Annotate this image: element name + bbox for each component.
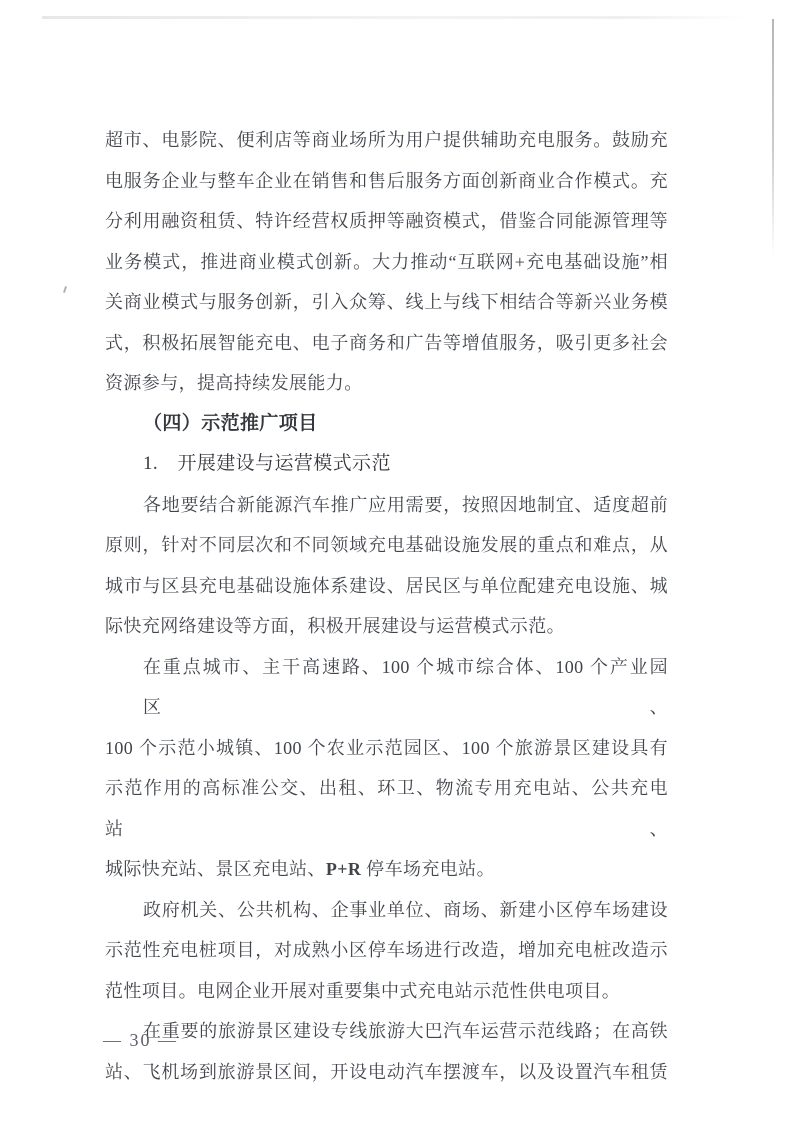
page-number-text: — 30 — <box>103 1030 178 1050</box>
text-line: 超市、电影院、便利店等商业场所为用户提供辅助充电服务。鼓励充 <box>105 120 668 161</box>
text-run: 城际快充站、景区充电站、 <box>105 859 326 879</box>
text-line: 各地要结合新能源汽车推广应用需要，按照因地制宜、适度超前 <box>105 485 668 526</box>
text-run: 示范性充电桩项目，对成熟小区停车场进行改造，增加充电桩改造示 <box>105 940 668 960</box>
text-run: 停车场充电站。 <box>361 859 495 879</box>
scan-artifact-speck <box>63 286 67 293</box>
text-run: 政府机关、公共机构、企事业单位、商场、新建小区停车场建设 <box>143 900 668 920</box>
text-run: 范性项目。电网企业开展对重要集中式充电站示范性供电项目。 <box>105 981 620 1001</box>
text-line: （四）示范推广项目 <box>105 404 668 445</box>
text-line: 资源参与，提高持续发展能力。 <box>105 363 668 404</box>
text-line: 际快充网络建设等方面，积极开展建设与运营模式示范。 <box>105 606 668 647</box>
text-run: 1. 开展建设与运营模式示范 <box>143 453 391 474</box>
text-line: 业务模式，推进商业模式创新。大力推动“互联网+充电基础设施”相 <box>105 242 668 283</box>
text-run: 关商业模式与服务创新，引入众筹、线上与线下相结合等新兴业务模 <box>105 292 668 312</box>
text-line: 政府机关、公共机构、企事业单位、商场、新建小区停车场建设 <box>105 890 668 931</box>
scan-artifact-horizontal-line <box>42 16 748 19</box>
scan-artifact-vertical-line <box>772 19 774 257</box>
text-run: （四）示范推广项目 <box>143 413 318 434</box>
text-run: 超市、电影院、便利店等商业场所为用户提供辅助充电服务。鼓励充 <box>105 130 668 150</box>
text-line: 范性项目。电网企业开展对重要集中式充电站示范性供电项目。 <box>105 971 668 1012</box>
text-run: 100 个示范小城镇、100 个农业示范园区、100 个旅游景区建设具有 <box>105 738 668 758</box>
text-run: 各地要结合新能源汽车推广应用需要，按照因地制宜、适度超前 <box>143 495 668 515</box>
text-line: 在重点城市、主干高速路、100 个城市综合体、100 个产业园区、 <box>105 647 668 728</box>
text-run: 资源参与，提高持续发展能力。 <box>105 373 363 393</box>
text-line: 在重要的旅游景区建设专线旅游大巴汽车运营示范线路；在高铁 <box>105 1011 668 1052</box>
text-line: 示范性充电桩项目，对成熟小区停车场进行改造，增加充电桩改造示 <box>105 930 668 971</box>
text-line: 1. 开展建设与运营模式示范 <box>105 444 668 485</box>
text-run: 站、飞机场到旅游景区间，开设电动汽车摆渡车，以及设置汽车租赁 <box>105 1062 668 1082</box>
text-line: 城市与区县充电基础设施体系建设、居民区与单位配建充电设施、城 <box>105 566 668 607</box>
text-line: 分利用融资租赁、特许经营权质押等融资模式，借鉴合同能源管理等 <box>105 201 668 242</box>
text-line: 电服务企业与整车企业在销售和售后服务方面创新商业合作模式。充 <box>105 161 668 202</box>
text-run: 在重要的旅游景区建设专线旅游大巴汽车运营示范线路；在高铁 <box>143 1021 668 1041</box>
text-line: 式，积极拓展智能充电、电子商务和广告等增值服务，吸引更多社会 <box>105 323 668 364</box>
text-run: P+R <box>326 859 361 879</box>
text-run: 电服务企业与整车企业在销售和售后服务方面创新商业合作模式。充 <box>105 171 668 191</box>
text-run: 式，积极拓展智能充电、电子商务和广告等增值服务，吸引更多社会 <box>105 333 668 353</box>
text-run: 分利用融资租赁、特许经营权质押等融资模式，借鉴合同能源管理等 <box>105 211 668 231</box>
text-run: 际快充网络建设等方面，积极开展建设与运营模式示范。 <box>105 616 565 636</box>
text-run: 示范作用的高标准公交、出租、环卫、物流专用充电站、公共充电站、 <box>105 778 668 839</box>
text-line: 站、飞机场到旅游景区间，开设电动汽车摆渡车，以及设置汽车租赁 <box>105 1052 668 1093</box>
text-line: 100 个示范小城镇、100 个农业示范园区、100 个旅游景区建设具有 <box>105 728 668 769</box>
text-run: 城市与区县充电基础设施体系建设、居民区与单位配建充电设施、城 <box>105 576 668 596</box>
text-line: 城际快充站、景区充电站、P+R 停车场充电站。 <box>105 849 668 890</box>
text-run: 业务模式，推进商业模式创新。大力推动“互联网+充电基础设施”相 <box>105 252 668 272</box>
text-block: 超市、电影院、便利店等商业场所为用户提供辅助充电服务。鼓励充电服务企业与整车企业… <box>105 120 668 1092</box>
text-line: 示范作用的高标准公交、出租、环卫、物流专用充电站、公共充电站、 <box>105 768 668 849</box>
text-line: 关商业模式与服务创新，引入众筹、线上与线下相结合等新兴业务模 <box>105 282 668 323</box>
page-number: — 30 — <box>103 1026 178 1054</box>
document-page: 超市、电影院、便利店等商业场所为用户提供辅助充电服务。鼓励充电服务企业与整车企业… <box>0 0 800 1131</box>
text-run: 在重点城市、主干高速路、100 个城市综合体、100 个产业园区、 <box>143 657 668 718</box>
text-run: 原则，针对不同层次和不同领域充电基础设施发展的重点和难点，从 <box>105 535 668 555</box>
text-line: 原则，针对不同层次和不同领域充电基础设施发展的重点和难点，从 <box>105 525 668 566</box>
